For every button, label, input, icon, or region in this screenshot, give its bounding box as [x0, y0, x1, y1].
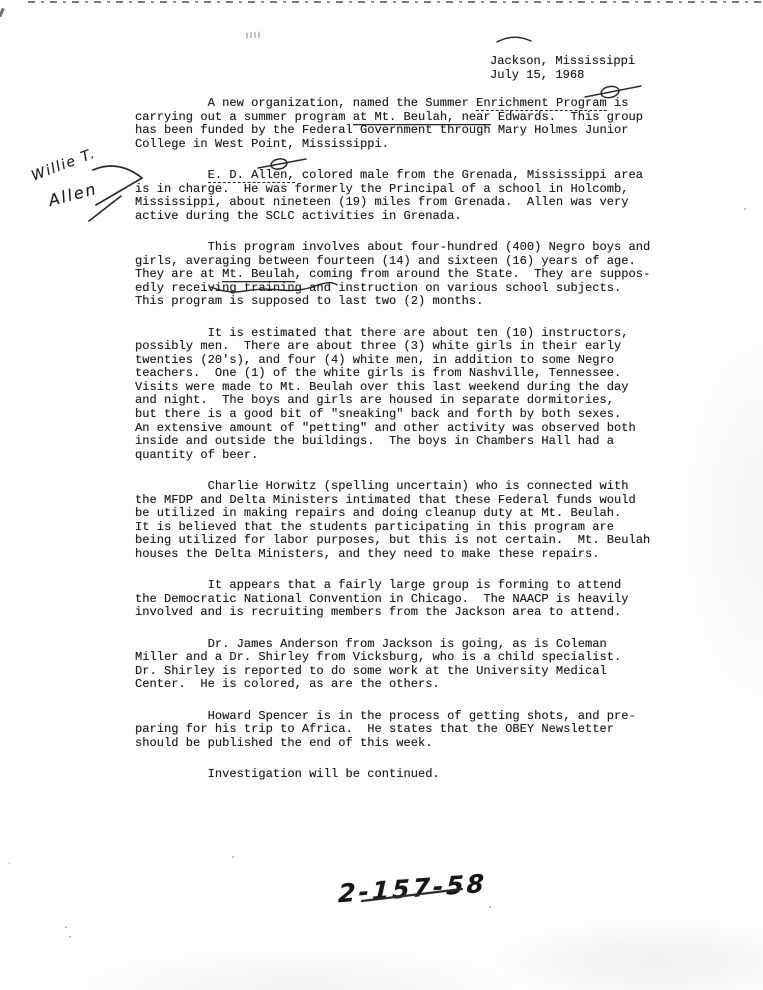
paragraph: This program involves about four-hundred…: [135, 241, 650, 309]
text-line: the MFDP and Delta Ministers intimated t…: [135, 494, 650, 508]
text-segment: the MFDP and Delta Ministers intimated t…: [135, 493, 636, 507]
text-segment: paring for his trip to Africa. He states…: [135, 722, 614, 736]
paragraph: It appears that a fairly large group is …: [135, 579, 650, 620]
text-segment: has been funded by the Federal Governmen…: [135, 123, 629, 137]
scan-speck: [69, 936, 71, 938]
text-segment: It is believed that the students partici…: [135, 520, 614, 534]
underlined-text: at Mt. Beulah, near: [353, 110, 491, 124]
pen-arc-mark: [497, 37, 531, 42]
text-line: the Democratic National Convention in Ch…: [135, 593, 650, 607]
scan-speck: [8, 862, 10, 864]
text-line: houses the Delta Ministers, and they nee…: [135, 548, 650, 562]
text-line: possibly men. There are about three (3) …: [135, 340, 650, 354]
text-line: Visits were made to Mt. Beulah over this…: [135, 381, 650, 395]
paragraph: Charlie Horwitz (spelling uncertain) who…: [135, 480, 650, 562]
text-segment: Edwards. This group: [491, 110, 643, 124]
text-segment: An extensive amount of "petting" and oth…: [135, 421, 636, 435]
text-line: Investigation will be continued.: [135, 768, 650, 782]
text-segment: Dr. James Anderson from Jackson is going…: [135, 637, 607, 651]
scan-speck: [65, 926, 67, 928]
text-segment: This program involves about four-hundred…: [135, 240, 650, 254]
scan-artifact-topline: [28, 1, 763, 3]
paragraph: Dr. James Anderson from Jackson is going…: [135, 638, 650, 692]
text-segment: be utilized in making repairs and doing …: [135, 506, 621, 520]
text-segment: Howard Spencer is in the process of gett…: [135, 709, 636, 723]
text-segment: teachers. One (1) of the white girls is …: [135, 366, 621, 380]
text-line: carrying out a summer program at Mt. Beu…: [135, 111, 650, 125]
text-segment: carrying out a summer program: [135, 110, 353, 124]
text-segment: Charlie Horwitz (spelling uncertain) who…: [135, 479, 629, 493]
text-line: This program is supposed to last two (2)…: [135, 295, 650, 309]
paragraph: Investigation will be continued.: [135, 768, 650, 782]
text-segment: , coming from around the State. They are…: [295, 267, 651, 281]
text-line: It is estimated that there are about ten…: [135, 327, 650, 341]
paragraph: Howard Spencer is in the process of gett…: [135, 710, 650, 751]
text-line: Dr. James Anderson from Jackson is going…: [135, 638, 650, 652]
text-line: edly receiving training and instruction …: [135, 282, 650, 296]
underlined-text: Mt. Beulah: [222, 267, 295, 281]
location-line: Jackson, Mississippi: [490, 55, 635, 69]
text-segment: twenties (20's), and four (4) white men,…: [135, 353, 614, 367]
text-segment: It is estimated that there are about ten…: [135, 326, 629, 340]
text-line: be utilized in making repairs and doing …: [135, 507, 650, 521]
text-segment: houses the Delta Ministers, and they nee…: [135, 547, 599, 561]
text-segment: [135, 168, 208, 182]
handwritten-file-number: 2-157-58: [338, 869, 488, 909]
text-line: An extensive amount of "petting" and oth…: [135, 422, 650, 436]
text-line: Center. He is colored, as are the others…: [135, 678, 650, 692]
text-segment: is: [607, 96, 629, 110]
text-line: A new organization, named the Summer Enr…: [135, 97, 650, 111]
text-segment: colored male from the Grenada, Mississip…: [295, 168, 643, 182]
text-line: This program involves about four-hundred…: [135, 241, 650, 255]
text-line: quantity of beer.: [135, 449, 650, 463]
text-line: active during the SCLC activities in Gre…: [135, 210, 650, 224]
text-line: paring for his trip to Africa. He states…: [135, 723, 650, 737]
paragraph: A new organization, named the Summer Enr…: [135, 97, 650, 151]
text-segment: and night. The boys and girls are housed…: [135, 393, 614, 407]
text-line: is in charge. He was formerly the Princi…: [135, 183, 650, 197]
text-line: has been funded by the Federal Governmen…: [135, 124, 650, 138]
text-line: and night. The boys and girls are housed…: [135, 394, 650, 408]
text-line: but there is a good bit of "sneaking" ba…: [135, 408, 650, 422]
scan-speck: [232, 856, 234, 858]
text-segment: Dr. Shirley is reported to do some work …: [135, 664, 607, 678]
text-segment: edly receiving training and instruction …: [135, 281, 621, 295]
text-segment: active during the SCLC activities in Gre…: [135, 209, 462, 223]
scan-speck: [744, 208, 746, 210]
text-segment: Center. He is colored, as are the others…: [135, 677, 440, 691]
text-segment: It appears that a fairly large group is …: [135, 578, 621, 592]
text-segment: Mississippi, about nineteen (19) miles f…: [135, 195, 629, 209]
margin-note-name-line1: Willie T.: [29, 145, 98, 184]
text-line: Dr. Shirley is reported to do some work …: [135, 665, 650, 679]
text-segment: quantity of beer.: [135, 448, 258, 462]
paragraph: It is estimated that there are about ten…: [135, 327, 650, 463]
date-line: July 15, 1968: [490, 69, 635, 83]
text-line: Miller and a Dr. Shirley from Vicksburg,…: [135, 651, 650, 665]
text-segment: Miller and a Dr. Shirley from Vicksburg,…: [135, 650, 621, 664]
text-segment: being utilized for labor purposes, but t…: [135, 533, 650, 547]
text-segment: girls, averaging between fourteen (14) a…: [135, 254, 636, 268]
text-segment: is in charge. He was formerly the Princi…: [135, 182, 629, 196]
text-segment: This program is supposed to last two (2)…: [135, 294, 483, 308]
text-segment: A new organization, named the Summer: [135, 96, 476, 110]
text-segment: Visits were made to Mt. Beulah over this…: [135, 380, 629, 394]
text-line: Howard Spencer is in the process of gett…: [135, 710, 650, 724]
text-segment: College in West Point, Mississippi.: [135, 137, 389, 151]
margin-note-name-line2: Allen: [46, 179, 99, 210]
text-line: E. D. Allen, colored male from the Grena…: [135, 169, 650, 183]
text-segment: Investigation will be continued.: [135, 767, 440, 781]
text-segment: but there is a good bit of "sneaking" ba…: [135, 407, 621, 421]
text-line: It appears that a fairly large group is …: [135, 579, 650, 593]
text-line: being utilized for labor purposes, but t…: [135, 534, 650, 548]
text-line: girls, averaging between fourteen (14) a…: [135, 255, 650, 269]
text-line: inside and outside the buildings. The bo…: [135, 435, 650, 449]
text-line: They are at Mt. Beulah, coming from arou…: [135, 268, 650, 282]
text-segment: They are at: [135, 267, 222, 281]
letterhead: Jackson, Mississippi July 15, 1968: [490, 55, 635, 82]
text-line: involved and is recruiting members from …: [135, 606, 650, 620]
text-line: College in West Point, Mississippi.: [135, 138, 650, 152]
text-line: Charlie Horwitz (spelling uncertain) who…: [135, 480, 650, 494]
text-line: should be published the end of this week…: [135, 737, 650, 751]
text-line: It is believed that the students partici…: [135, 521, 650, 535]
text-segment: involved and is recruiting members from …: [135, 605, 621, 619]
document-body: A new organization, named the Summer Enr…: [135, 97, 650, 799]
text-segment: inside and outside the buildings. The bo…: [135, 434, 614, 448]
text-line: teachers. One (1) of the white girls is …: [135, 367, 650, 381]
text-line: twenties (20's), and four (4) white men,…: [135, 354, 650, 368]
text-segment: possibly men. There are about three (3) …: [135, 339, 621, 353]
paragraph: E. D. Allen, colored male from the Grena…: [135, 169, 650, 223]
scan-speck: [489, 906, 491, 908]
text-line: Mississippi, about nineteen (19) miles f…: [135, 196, 650, 210]
text-segment: the Democratic National Convention in Ch…: [135, 592, 629, 606]
scan-artifact-smudge: [246, 31, 262, 38]
text-segment: should be published the end of this week…: [135, 736, 433, 750]
scanned-document-page: { "colors": {"paper": "#fdfdfc", "ink": …: [0, 0, 763, 990]
scan-artifact-corner-mark: [0, 8, 5, 17]
